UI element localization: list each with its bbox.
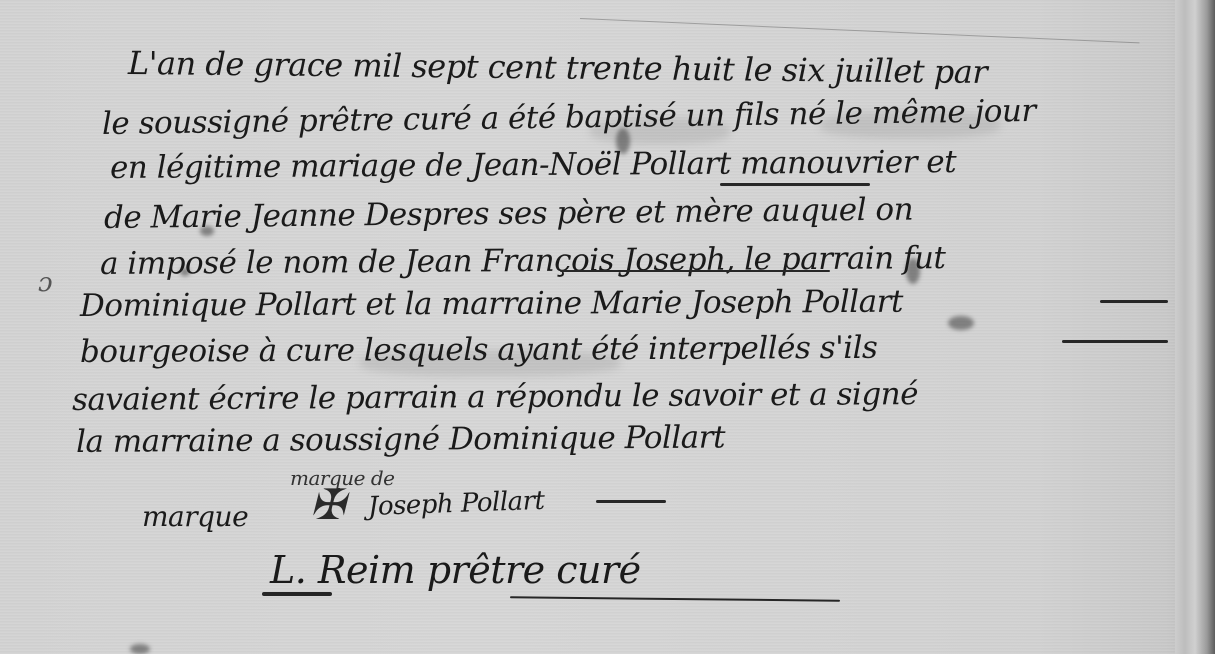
line-fill-dash <box>1062 340 1168 343</box>
signature-flourish <box>596 500 666 503</box>
register-line-4: de Marie Jeanne Despres ses père et mère… <box>104 192 913 236</box>
cross-mark-icon: ✠ <box>310 480 345 529</box>
signature-priest: L. Reim prêtre curé <box>270 548 641 592</box>
signature-underline <box>510 596 840 601</box>
register-line-7: bourgeoise à cure lesquels ayant été int… <box>80 330 878 370</box>
book-binding-edge <box>1175 0 1215 654</box>
underline-name-pollart <box>720 183 870 186</box>
signature-paraph <box>262 592 332 596</box>
scanned-register-page: ɔ L'an de grace mil sept cent trente hui… <box>0 0 1215 654</box>
margin-mark: ɔ <box>38 268 52 298</box>
ink-blot <box>948 316 974 330</box>
register-line-3: en légitime mariage de Jean-Noël Pollart… <box>110 144 956 186</box>
register-line-6: Dominique Pollart et la marraine Marie J… <box>80 284 903 324</box>
register-line-5: a imposé le nom de Jean François Joseph,… <box>100 240 946 282</box>
register-line-9: la marraine a soussigné Dominique Pollar… <box>76 419 725 460</box>
next-entry-fragment <box>130 644 150 654</box>
faint-ruled-line <box>580 18 1140 43</box>
underline-name-francois-joseph <box>560 270 830 272</box>
signature-joseph-pollart: Joseph Pollart <box>367 486 545 522</box>
marque-label: marque <box>142 500 248 533</box>
line-fill-dash <box>1100 300 1168 303</box>
register-line-1: L'an de grace mil sept cent trente huit … <box>128 44 988 91</box>
register-line-8: savaient écrire le parrain a répondu le … <box>72 376 918 418</box>
